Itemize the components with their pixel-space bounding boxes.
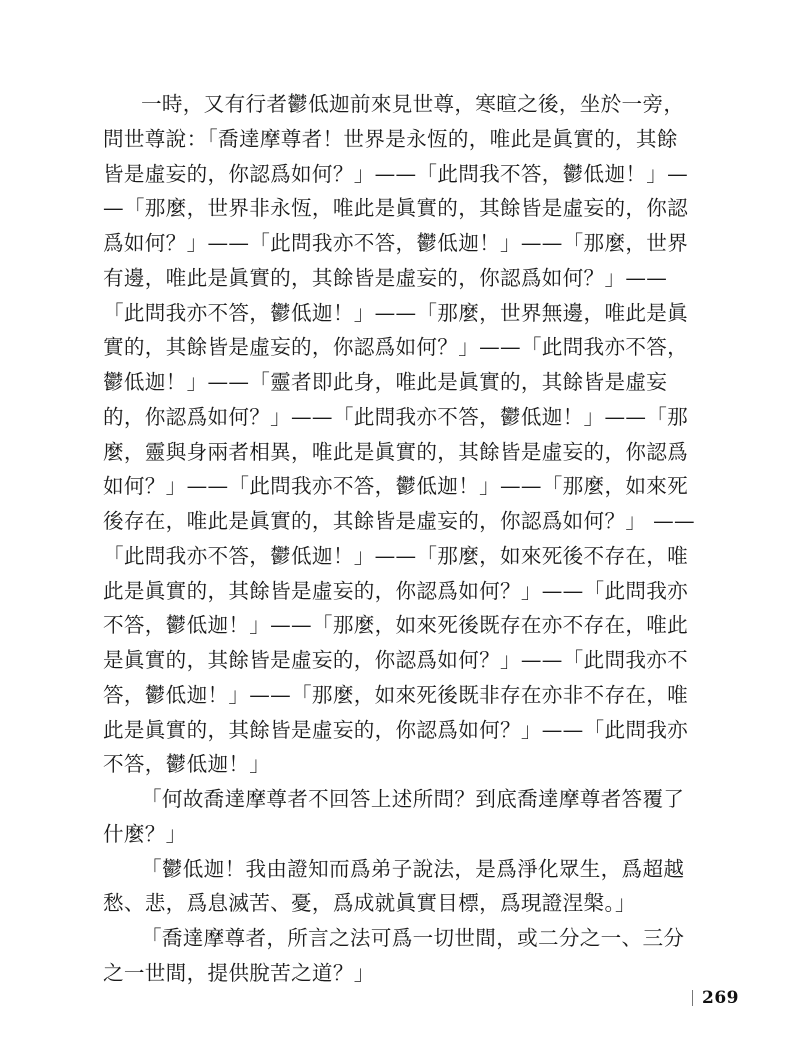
text-line: 「喬達摩尊者，所言之法可爲一切世間，或二分之一、三分: [103, 921, 693, 956]
text-line: —「那麼，世界非永恆，唯此是眞實的，其餘皆是虛妄的，你認: [103, 191, 693, 226]
text-line: 一時，又有行者鬱低迦前來見世尊，寒暄之後，坐於一旁，: [103, 87, 693, 122]
text-line: 是眞實的，其餘皆是虛妄的，你認爲如何？」——「此問我亦不: [103, 643, 693, 678]
text-line: 「鬱低迦！我由證知而爲弟子說法，是爲淨化眾生，爲超越: [103, 852, 693, 887]
text-line: 什麼？」: [103, 817, 693, 852]
text-line: 後存在，唯此是眞實的，其餘皆是虛妄的，你認爲如何？」 ——: [103, 504, 693, 539]
page-number: 269: [702, 988, 739, 1008]
text-line: 不答，鬱低迦！」: [103, 747, 693, 782]
text-line: 的，你認爲如何？」——「此問我亦不答，鬱低迦！」——「那: [103, 400, 693, 435]
text-line: 此是眞實的，其餘皆是虛妄的，你認爲如何？」——「此問我亦: [103, 713, 693, 748]
page-number-divider: [692, 990, 693, 1006]
text-line: 不答，鬱低迦！」——「那麼，如來死後既存在亦不存在，唯此: [103, 608, 693, 643]
text-line: 答，鬱低迦！」——「那麼，如來死後既非存在亦非不存在，唯: [103, 678, 693, 713]
text-line: 爲如何？」——「此問我亦不答，鬱低迦！」——「那麼，世界: [103, 226, 693, 261]
text-line: 皆是虛妄的，你認爲如何？」——「此問我不答，鬱低迦！」—: [103, 157, 693, 192]
text-line: 之一世間，提供脫苦之道？」: [103, 956, 693, 991]
text-line: 「此問我亦不答，鬱低迦！」——「那麼，世界無邊，唯此是眞: [103, 296, 693, 331]
text-line: 如何？」——「此問我亦不答，鬱低迦！」——「那麼，如來死: [103, 469, 693, 504]
text-line: 有邊，唯此是眞實的，其餘皆是虛妄的，你認爲如何？」——: [103, 261, 693, 296]
text-line: 實的，其餘皆是虛妄的，你認爲如何？」——「此問我亦不答，: [103, 330, 693, 365]
text-line: 問世尊說：「喬達摩尊者！世界是永恆的，唯此是眞實的，其餘: [103, 122, 693, 157]
text-line: 此是眞實的，其餘皆是虛妄的，你認爲如何？」——「此問我亦: [103, 574, 693, 609]
text-line: 鬱低迦！」——「靈者即此身，唯此是眞實的，其餘皆是虛妄: [103, 365, 693, 400]
body-text: 一時，又有行者鬱低迦前來見世尊，寒暄之後，坐於一旁， 問世尊說：「喬達摩尊者！世…: [103, 87, 693, 991]
text-line: 愁、悲，爲息滅苦、憂，爲成就眞實目標，爲現證涅槃。」: [103, 886, 693, 921]
text-line: 「此問我亦不答，鬱低迦！」——「那麼，如來死後不存在，唯: [103, 539, 693, 574]
text-line: 「何故喬達摩尊者不回答上述所問？到底喬達摩尊者答覆了: [103, 782, 693, 817]
page-footer: 269: [692, 988, 739, 1008]
text-line: 麼，靈與身兩者相異，唯此是眞實的，其餘皆是虛妄的，你認爲: [103, 435, 693, 470]
book-page: 一時，又有行者鬱低迦前來見世尊，寒暄之後，坐於一旁， 問世尊說：「喬達摩尊者！世…: [0, 0, 792, 1056]
